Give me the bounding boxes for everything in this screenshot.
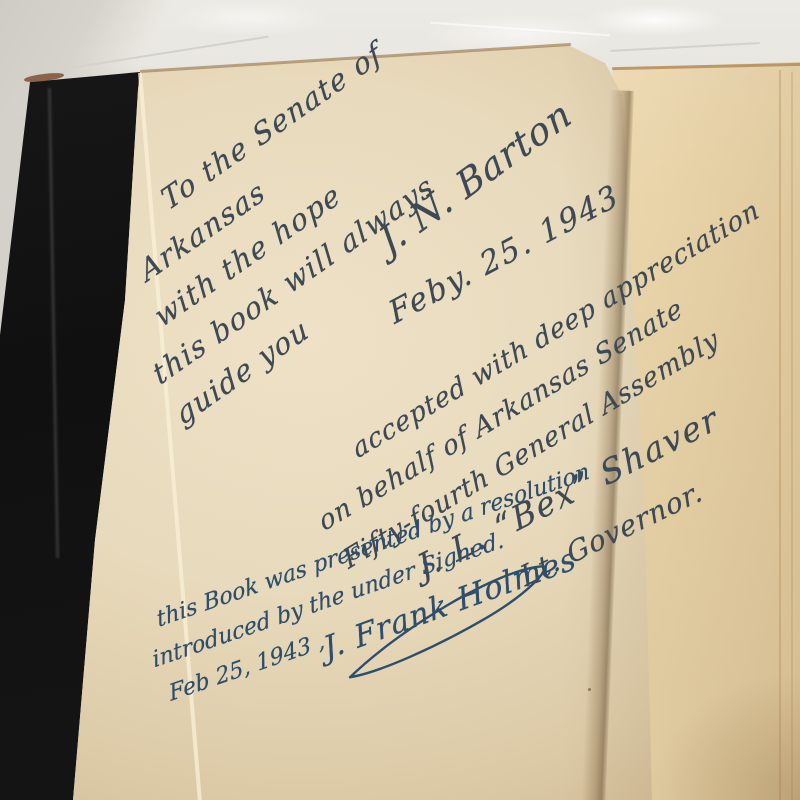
page-speck: [588, 688, 591, 691]
page-corner-shadow: [650, 675, 800, 800]
photo-open-book: To the Senate of Arkansas with the hope …: [0, 0, 800, 800]
